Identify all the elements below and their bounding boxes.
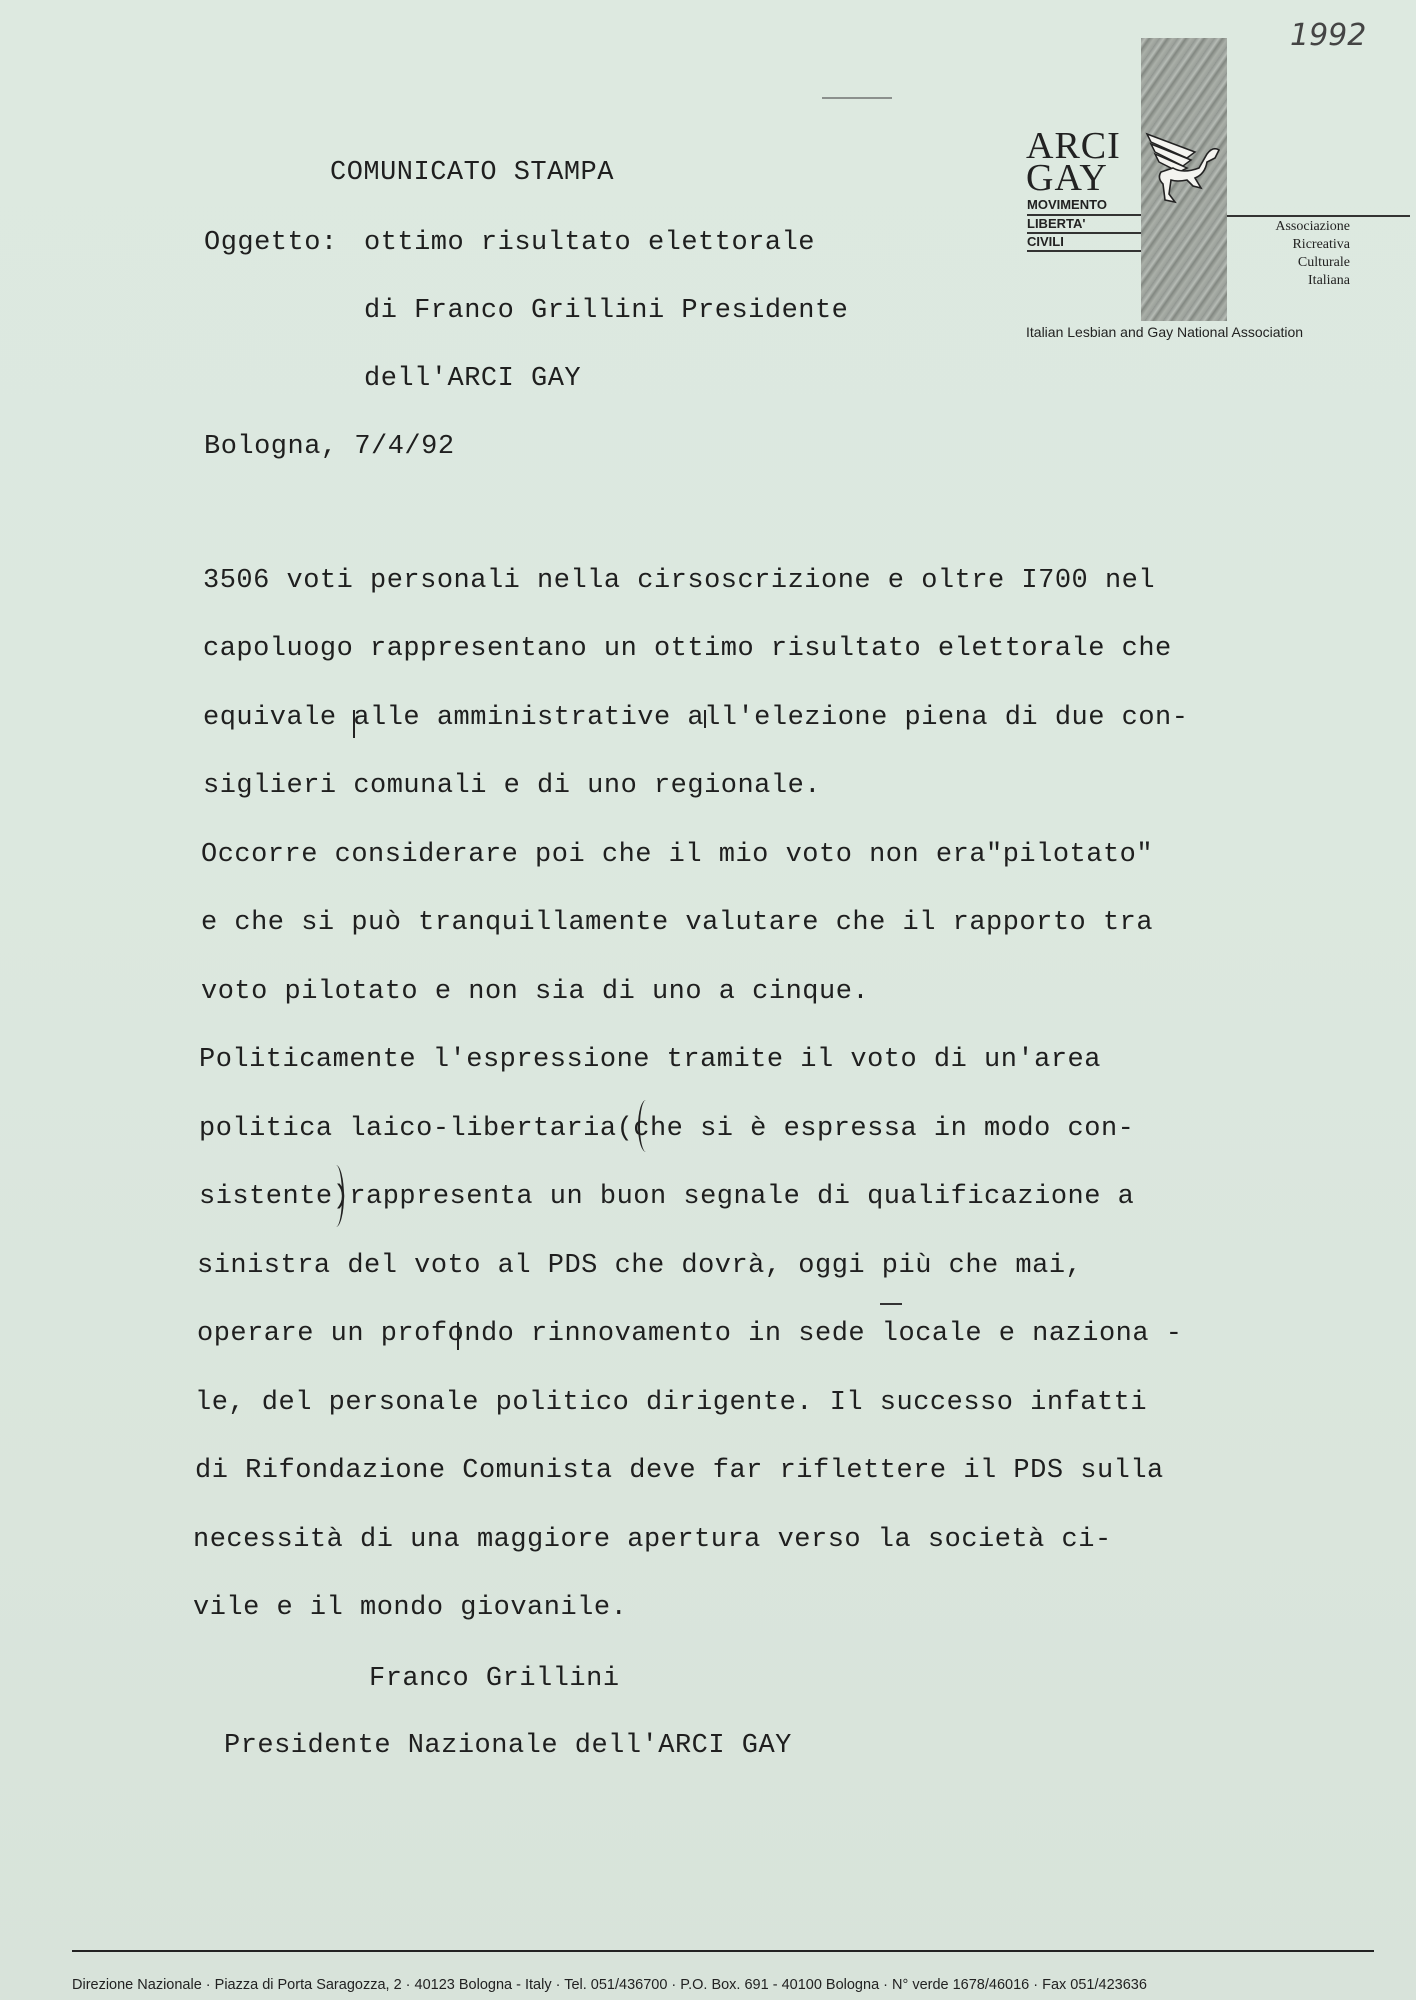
body-line: operare un profondo rinnovamento in sede…: [197, 1319, 1182, 1349]
logo-title: ARCI GAY: [1026, 130, 1121, 194]
handwritten-bracket-open: [638, 1100, 654, 1152]
logo-sub-movimento: MOVIMENTO: [1027, 198, 1107, 212]
logo-sub-liberta: LIBERTA': [1027, 217, 1085, 231]
place-date: Bologna, 7/4/92: [204, 432, 455, 462]
body-line: necessità di una maggiore apertura verso…: [193, 1525, 1112, 1555]
body-line: 3506 voti personali nella cirsoscrizione…: [203, 566, 1155, 596]
footer-divider: [72, 1950, 1374, 1952]
body-line: vile e il mondo giovanile.: [193, 1593, 627, 1623]
body-line: di Rifondazione Comunista deve far rifle…: [195, 1456, 1164, 1486]
handwritten-bracket-close: [328, 1165, 344, 1227]
body-line: siglieri comunali e di uno regionale.: [203, 771, 821, 801]
body-line: politica laico-libertaria(che si è espre…: [199, 1114, 1134, 1144]
document-title: COMUNICATO STAMPA: [330, 158, 614, 188]
logo-sub-civili: CIVILI: [1027, 235, 1064, 249]
body-line: le, del personale politico dirigente. Il…: [195, 1388, 1147, 1418]
body-line: Occorre considerare poi che il mio voto …: [201, 840, 1153, 870]
body-line: capoluogo rappresentano un ottimo risult…: [203, 634, 1172, 664]
divider: [1227, 215, 1410, 217]
signature-role: Presidente Nazionale dell'ARCI GAY: [224, 1731, 792, 1761]
body-line: voto pilotato e non sia di uno a cinque.: [201, 977, 869, 1007]
footer-address: Direzione Nazionale · Piazza di Porta Sa…: [72, 1977, 1147, 1993]
body-line: equivale alle amministrative all'elezion…: [203, 703, 1188, 733]
association-english-name: Italian Lesbian and Gay National Associa…: [1026, 324, 1303, 340]
association-name: Associazione Ricreativa Culturale Italia…: [1275, 218, 1350, 290]
handwritten-mark: [880, 1303, 902, 1305]
handwritten-year: 1992: [1290, 18, 1366, 53]
handwritten-mark: [704, 710, 706, 728]
subject-line: di Franco Grillini Presidente: [364, 296, 848, 326]
body-line: e che si può tranquillamente valutare ch…: [201, 908, 1153, 938]
divider: [1027, 250, 1141, 252]
subject-line: dell'ARCI GAY: [364, 364, 581, 394]
body-line: sinistra del voto al PDS che dovrà, oggi…: [197, 1251, 1082, 1281]
body-line: Politicamente l'espressione tramite il v…: [199, 1045, 1101, 1075]
handwritten-mark: [353, 710, 355, 738]
signature-name: Franco Grillini: [369, 1664, 620, 1694]
subject-line: ottimo risultato elettorale: [364, 228, 815, 258]
scan-mark: [822, 97, 892, 99]
pegasus-icon: [1143, 128, 1225, 206]
handwritten-mark: [457, 1322, 459, 1350]
subject-label: Oggetto:: [204, 228, 338, 258]
